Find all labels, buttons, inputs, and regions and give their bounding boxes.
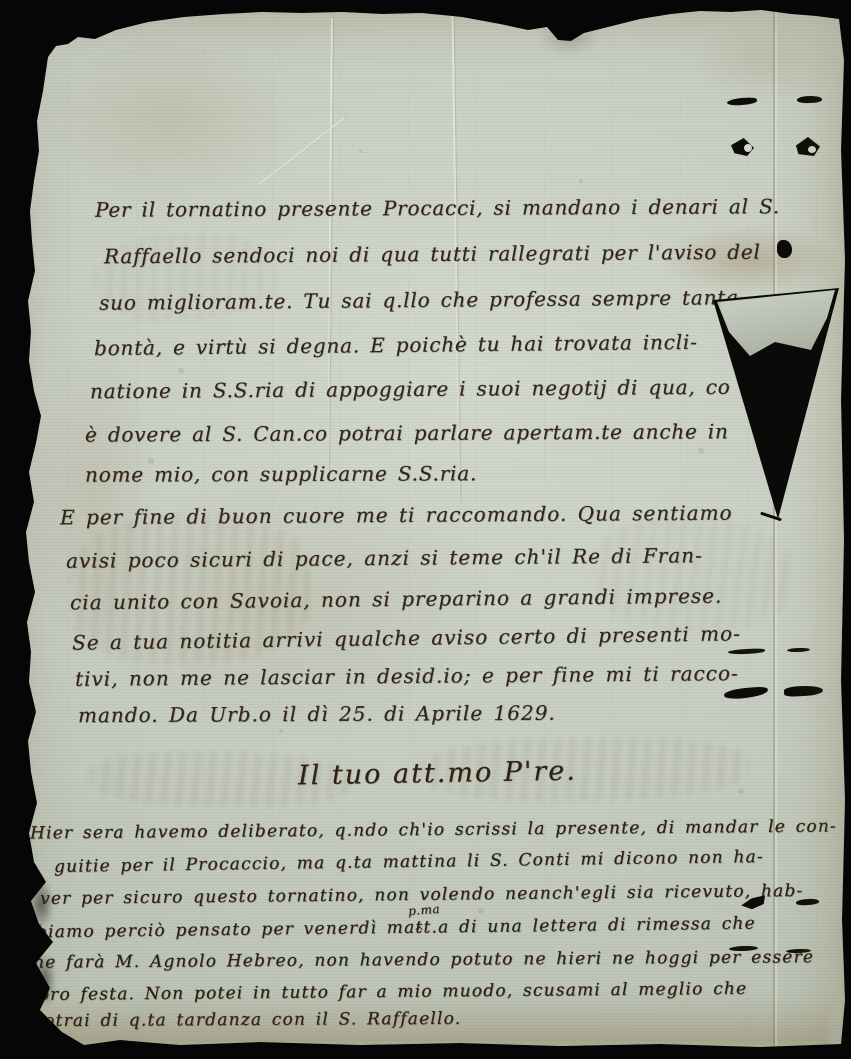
manuscript-page: Per il tornatino presente Procacci, si m… [0, 0, 851, 1059]
edge-browning [0, 0, 851, 1059]
photo-backdrop: Per il tornatino presente Procacci, si m… [0, 0, 851, 1059]
foxing-spots [60, 30, 62, 32]
